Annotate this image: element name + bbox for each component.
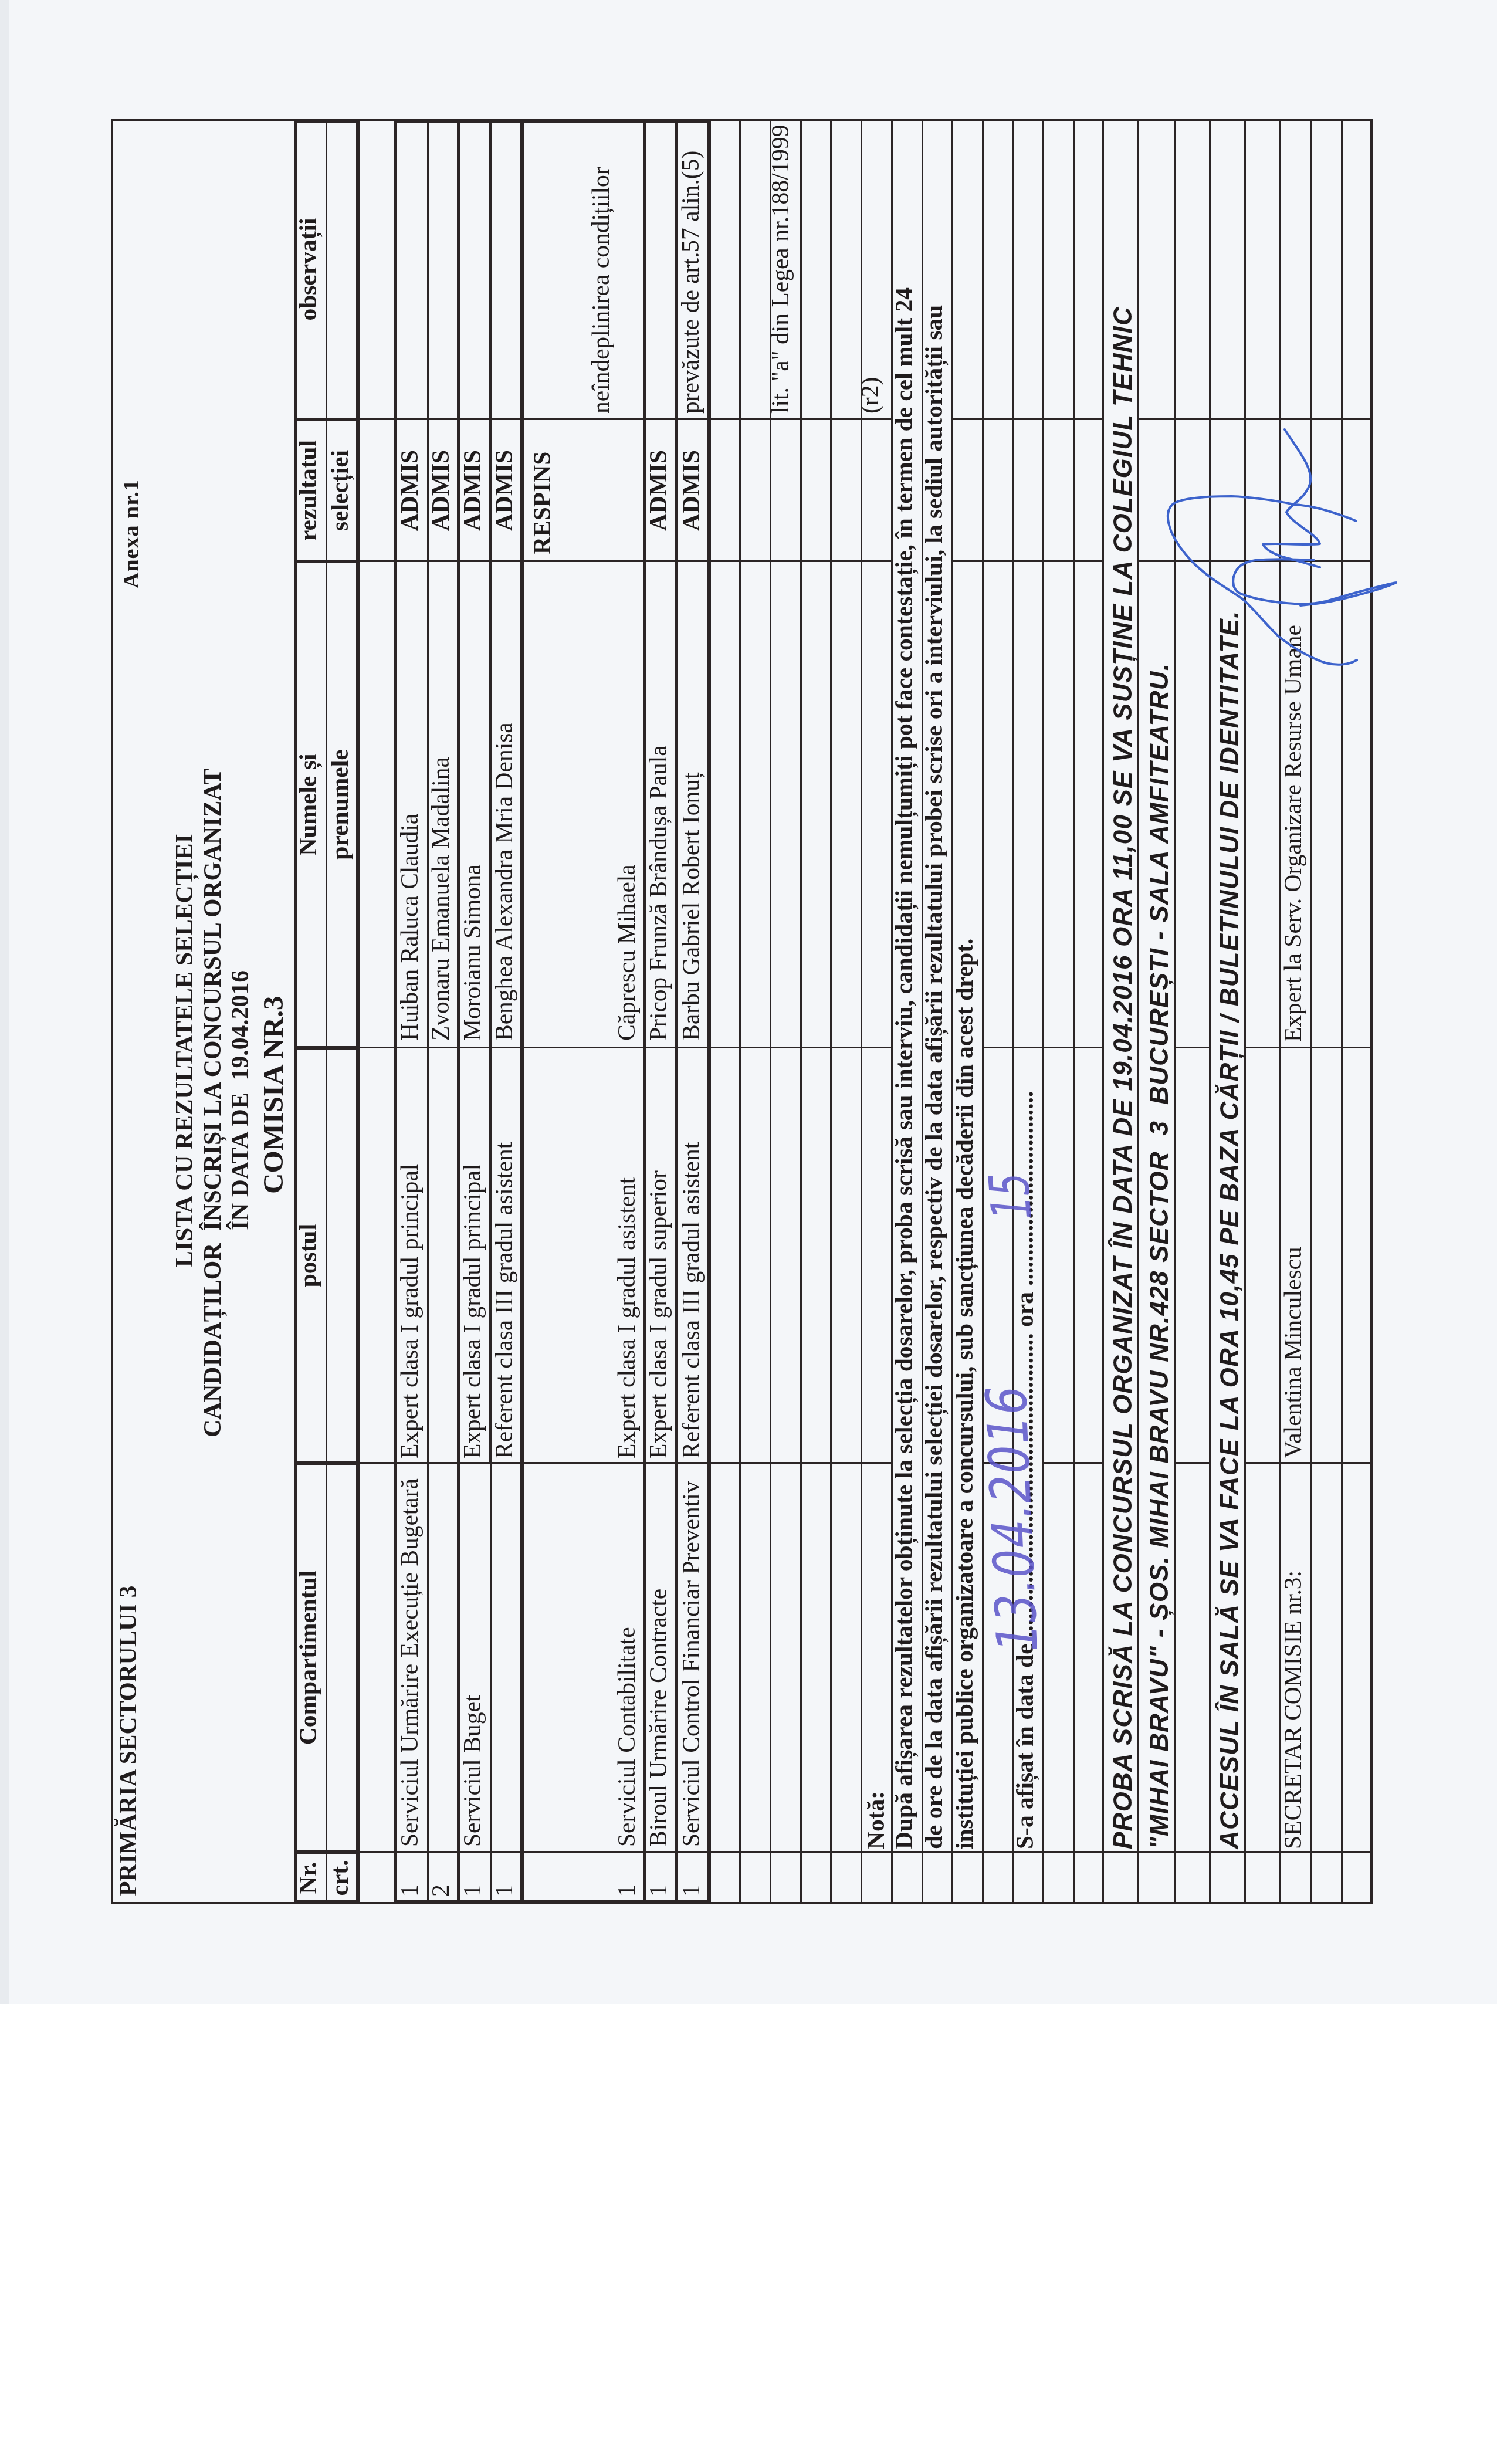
grid-line: [1174, 1463, 1210, 1464]
grid-line: [1043, 1047, 1073, 1049]
grid-line: [1311, 1047, 1342, 1049]
grid-line: [740, 1852, 770, 1853]
exam-info-line-2: "MIHAI BRAVU" - ȘOS. MIHAI BRAVU NR.428 …: [1138, 119, 1174, 1852]
observatii-line: neîndeplinirea condițiilor: [586, 119, 616, 414]
row-4-nr: 1: [490, 1852, 522, 1904]
row-4-rezultat: ADMIS: [490, 419, 522, 561]
institution-name: PRIMĂRIA SECTORULUI 3: [116, 1585, 141, 1896]
grid-line: [831, 1852, 861, 1853]
grid-line: [358, 419, 395, 421]
row-6-compartiment: Biroul Urmărire Contracte: [645, 1463, 676, 1852]
row-1-nume: Huiban Raluca Claudia: [395, 561, 428, 1048]
grid-line: [1245, 1463, 1280, 1464]
grid-line: [861, 419, 892, 421]
grid-line: [326, 119, 358, 123]
grid-line: [709, 1463, 740, 1464]
grid-line: [459, 119, 490, 123]
row-2-post: [428, 1048, 459, 1463]
row-1-nr: 1: [395, 1852, 428, 1904]
row-6-nume: Pricop Frunză Brândușa Paula: [645, 561, 676, 1048]
header-nr: Nr.: [296, 1852, 326, 1904]
row-7-post: Referent clasa III gradul asistent: [676, 1048, 709, 1463]
grid-line: [1311, 1852, 1342, 1853]
grid-line: [1342, 561, 1371, 563]
grid-line: [1280, 419, 1311, 421]
note-line-2: de ore de la data afișării rezultatului …: [922, 119, 952, 1852]
note-label: Notă:: [861, 1463, 892, 1852]
grid-line: [1174, 1047, 1210, 1049]
header-crt: crt.: [326, 1852, 358, 1904]
grid-line: [1043, 419, 1073, 421]
row-7-nr: 1: [676, 1852, 709, 1904]
grid-line: [801, 1852, 831, 1853]
header-nume: Numele și: [296, 561, 326, 1048]
row-5-rezultat: RESPINS: [522, 419, 645, 561]
grid-line: [709, 1852, 740, 1853]
row-2-compartiment: [428, 1463, 459, 1852]
grid-line: [740, 561, 770, 563]
title-line-2: CANDIDAȚILOR ÎNSCRIȘI LA CONCURSUL ORGAN…: [201, 769, 226, 1437]
row-6-nr: 1: [645, 1852, 676, 1904]
grid-line: [1342, 419, 1371, 421]
row-3-nr: 1: [459, 1852, 490, 1904]
grid-line: [709, 561, 740, 563]
grid-line: [1245, 419, 1280, 421]
row-7-rezultat: ADMIS: [676, 419, 709, 561]
row-1-rezultat: ADMIS: [395, 419, 428, 561]
grid-line: [1073, 1852, 1103, 1853]
observatii-line: (r2): [855, 119, 885, 414]
grid-line: [831, 1463, 861, 1464]
header-prenume: prenumele: [326, 561, 358, 1048]
note-line-3: instituției publice organizatoare a conc…: [952, 119, 983, 1852]
grid-line: [1311, 419, 1342, 421]
grid-line: [861, 1047, 892, 1049]
grid-line: [983, 1047, 1013, 1049]
observatii-line: prevăzute de art.57 alin.(5): [676, 119, 706, 414]
grid-line: [395, 119, 428, 123]
grid-line: [801, 1047, 831, 1049]
row-1-post: Expert clasa I gradul principal: [395, 1048, 428, 1463]
grid-line: [861, 561, 892, 563]
grid-line: [358, 1463, 395, 1464]
row-5-compartiment: Serviciul Contabilitate: [522, 1463, 645, 1852]
row-7-compartiment: Serviciul Control Financiar Preventiv: [676, 1463, 709, 1852]
row-6-post: Expert clasa I gradul superior: [645, 1048, 676, 1463]
grid-line: [801, 1463, 831, 1464]
grid-line: [1342, 1852, 1371, 1853]
row-7-nume: Barbu Gabriel Robert Ionuț: [676, 561, 709, 1048]
grid-line: [1043, 1852, 1073, 1853]
scan-edge: [0, 0, 9, 2004]
grid-line: [1174, 561, 1210, 563]
row-3-rezultat: ADMIS: [459, 419, 490, 561]
row-1-compartiment: Serviciul Urmărire Execuție Bugetară: [395, 1463, 428, 1852]
grid-line: [1311, 1463, 1342, 1464]
row-3-compartiment: Serviciul Buget: [459, 1463, 490, 1852]
title-line-1: LISTA CU REZULTATELE SELECȚIEI: [173, 834, 198, 1267]
header-observatii: observații: [296, 119, 326, 419]
row-3-nume: Moroianu Simona: [459, 561, 490, 1048]
header-rezultat: rezultatul: [296, 419, 326, 561]
grid-line: [770, 561, 801, 563]
header-selectie: selecției: [326, 419, 358, 561]
grid-line: [1342, 1047, 1371, 1049]
grid-line: [1245, 1852, 1280, 1853]
grid-line: [709, 419, 740, 421]
grid-line: [490, 119, 522, 123]
grid-line: [709, 1047, 740, 1049]
row-6-rezultat: ADMIS: [645, 419, 676, 561]
grid-line: [831, 419, 861, 421]
grid-line: [358, 561, 395, 563]
grid-line: [1245, 1047, 1280, 1049]
grid-line: [801, 561, 831, 563]
row-5-post: Expert clasa I gradul asistent: [522, 1048, 645, 1463]
row-2-rezultat: ADMIS: [428, 419, 459, 561]
grid-line: [1073, 419, 1103, 421]
grid-line: [1174, 419, 1210, 421]
handwritten-date: 13.04.2016: [978, 1384, 1046, 1653]
grid-line: [1342, 1463, 1371, 1464]
grid-line: [1073, 1463, 1103, 1464]
grid-line: [1245, 561, 1280, 563]
row-5-observatii: neîndeplinirea condițiilor prevăzute de …: [522, 119, 645, 419]
secretary-role: Expert la Serv. Organizare Resurse Umane: [1280, 561, 1311, 1048]
grid-line: [983, 419, 1013, 421]
grid-line: [326, 1461, 358, 1465]
grid-line: [1341, 119, 1343, 1904]
observatii-line: lit. "a" din Legea nr.188/1999: [766, 119, 795, 414]
grid-line: [740, 419, 770, 421]
row-3-post: Expert clasa I gradul principal: [459, 1048, 490, 1463]
grid-line: [831, 1047, 861, 1049]
row-2-nume: Zvonaru Emanuela Madalina: [428, 561, 459, 1048]
row-5-nume: Căprescu Mihaela: [522, 561, 645, 1048]
grid-line: [740, 1463, 770, 1464]
row-5-nr: 1: [522, 1852, 645, 1904]
row-2-nr: 2: [428, 1852, 459, 1904]
grid-line: [1311, 561, 1342, 563]
row-4-post: Referent clasa III gradul asistent: [490, 1048, 522, 1463]
grid-line: [1174, 1852, 1210, 1853]
grid-line: [831, 561, 861, 563]
secretary-label: SECRETAR COMISIE nr.3:: [1280, 1463, 1311, 1852]
annex-label: Anexa nr.1: [120, 479, 143, 588]
header-compartiment: Compartimentul: [296, 1463, 326, 1852]
grid-line: [1043, 1463, 1073, 1464]
grid-line: [1073, 1047, 1103, 1049]
grid-line: [983, 1852, 1013, 1853]
row-4-compartiment: [490, 1463, 522, 1852]
grid-line: [770, 1852, 801, 1853]
header-post: postul: [296, 1048, 326, 1463]
secretary-name: Valentina Minculescu: [1280, 1048, 1311, 1463]
grid-line: [770, 1463, 801, 1464]
grid-line: [740, 1047, 770, 1049]
row-4-nume: Benghea Alexandra Mria Denisa: [490, 561, 522, 1048]
grid-line: [1073, 119, 1075, 1904]
title-line-3: ÎN DATA DE 19.04.2016: [229, 970, 253, 1230]
exam-info-line-1: PROBA SCRISĂ LA CONCURSUL ORGANIZAT ÎN D…: [1103, 119, 1138, 1852]
title-line-4: COMISIA NR.3: [259, 996, 287, 1194]
grid-line: [801, 419, 831, 421]
grid-line: [1073, 561, 1103, 563]
note-line-1: După afișarea rezultatelor obținute la s…: [892, 119, 922, 1852]
grid-line: [428, 119, 459, 123]
handwritten-hour: 15: [982, 1172, 1040, 1220]
grid-line: [770, 419, 801, 421]
exam-access-line: ACCESUL ÎN SALĂ SE VA FACE LA ORA 10,45 …: [1210, 119, 1245, 1852]
grid-line: [1371, 119, 1373, 1904]
grid-line: [1043, 561, 1073, 563]
grid-line: [770, 1047, 801, 1049]
grid-line: [358, 1047, 395, 1049]
results-sheet: PRIMĂRIA SECTORULUI 3 Anexa nr.1 LISTA C…: [111, 119, 1371, 1904]
grid-line: [358, 1852, 395, 1853]
grid-line: [983, 561, 1013, 563]
